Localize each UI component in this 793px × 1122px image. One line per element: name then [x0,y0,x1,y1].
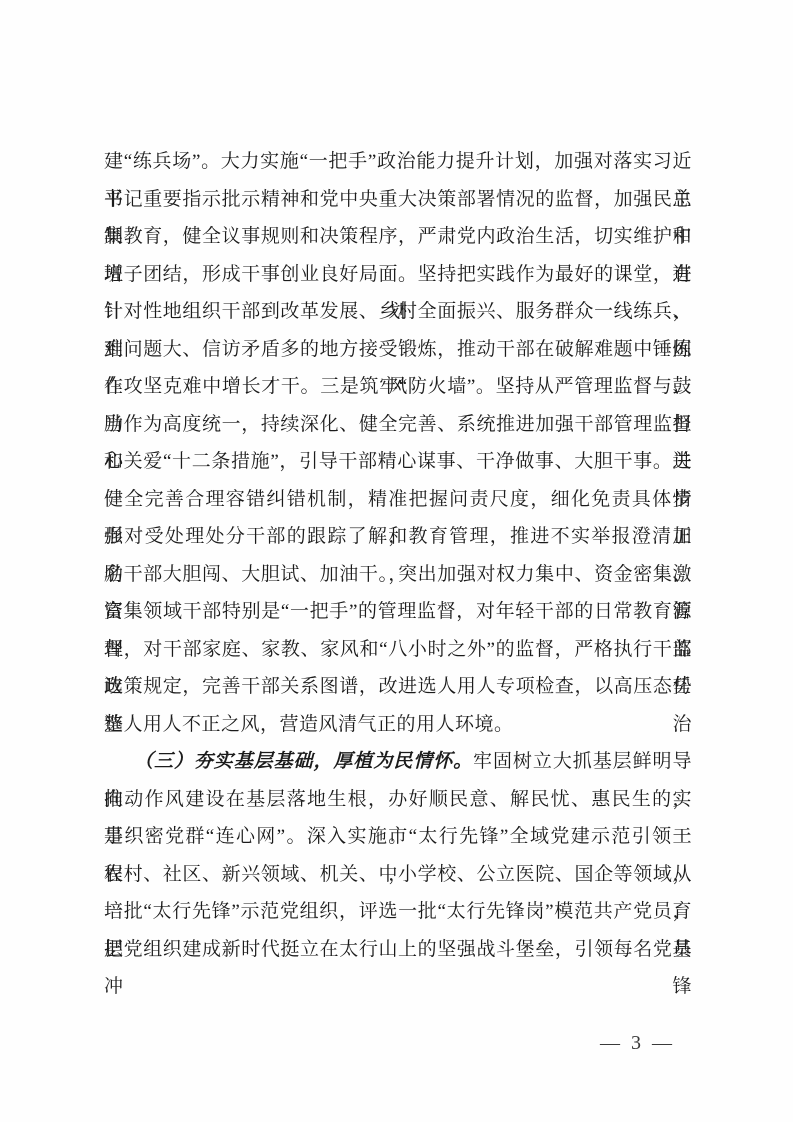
text-line: 心关爱“十二条措施”，引导干部精心谋事、干净做事、大胆干事。进一步 [104,443,692,481]
text-line: 班子团结，形成干事创业良好局面。坚持把实践作为最好的课堂，有计划、 [104,256,692,294]
text-line: 针对性地组织干部到改革发展、乡村全面振兴、服务群众一线练兵，到困 [104,293,692,331]
text-line: 难问题大、信访矛盾多的地方接受锻炼，推动干部在破解难题中锤炼作风、 [104,331,692,369]
text-line: 推动作风建设在基层落地生根，办好顺民意、解民忧、惠民生的实事。一 [104,781,692,819]
text-segment: 在攻坚克难中增长才干。 [104,376,320,397]
text-line: 当作为高度统一，持续深化、健全完善、系统推进加强干部管理监督和关 [104,406,692,444]
text-line: 督，对干部家庭、家教、家风和“八小时之外”的监督，严格执行干部选任 [104,631,692,669]
text-line: 健全完善合理容错纠错机制，精准把握问责尺度，细化免责具体情形，加 [104,481,692,519]
text-segment: 选人用人不正之风，营造风清气正的用人环境。 [104,714,514,735]
text-line: 励干部大胆闯、大胆试、加油干。突出加强对权力集中、资金密集、资源 [104,556,692,594]
text-line: 富集领域干部特别是“一把手”的管理监督，对年轻干部的日常教育管理监 [104,593,692,631]
text-line: 一批“太行先锋”示范党组织，评选一批“太行先锋岗”模范共产党员，把基 [104,893,692,931]
page-number: — 3 — [0,1030,675,1056]
text-line: 层党组织建成新时代挺立在太行山上的坚强战斗堡垒，引领每名党员冲锋 [104,931,692,969]
text-line: 建“练兵场”。大力实施“一把手”政治能力提升计划，加强对落实习近平总 [104,143,692,181]
document-page: 建“练兵场”。大力实施“一把手”政治能力提升计划，加强对落实习近平总书记重要指示… [0,0,793,1122]
text-line: 强对受处理处分干部的跟踪了解和教育管理，推进不实举报澄清正名，激 [104,518,692,556]
text-line: 是织密党群“连心网”。深入实施市“太行先锋”全域党建示范引领工程，从 [104,818,692,856]
text-line: （三）夯实基层基础，厚植为民情怀。牢固树立大抓基层鲜明导向， [104,743,692,781]
text-line: 政策规定，完善干部关系图谱，改进选人用人专项检查，以高压态势整治 [104,668,692,706]
text-line: 书记重要指示批示精神和党中央重大决策部署情况的监督，加强民主集中 [104,181,692,219]
text-segment: 层党组织建成新时代挺立在太行山上的坚强战斗堡垒，引领每名党员冲锋 [104,939,692,998]
text-line: 制教育，健全议事规则和决策程序，严肃党内政治生活，切实维护和增进 [104,218,692,256]
emphasis-text-segment: 是织密党群“连心网”。 [104,826,307,847]
emphasis-text-segment: 三是筑牢“防火墙”。 [320,376,495,397]
text-line: 农村、社区、新兴领域、机关、中小学校、公立医院、国企等领域，培育 [104,856,692,894]
document-text-block: 建“练兵场”。大力实施“一把手”政治能力提升计划，加强对落实习近平总书记重要指示… [104,143,692,968]
section-heading-text: （三）夯实基层基础，厚植为民情怀。 [134,751,473,772]
text-line: 在攻坚克难中增长才干。三是筑牢“防火墙”。坚持从严管理监督与鼓励担 [104,368,692,406]
